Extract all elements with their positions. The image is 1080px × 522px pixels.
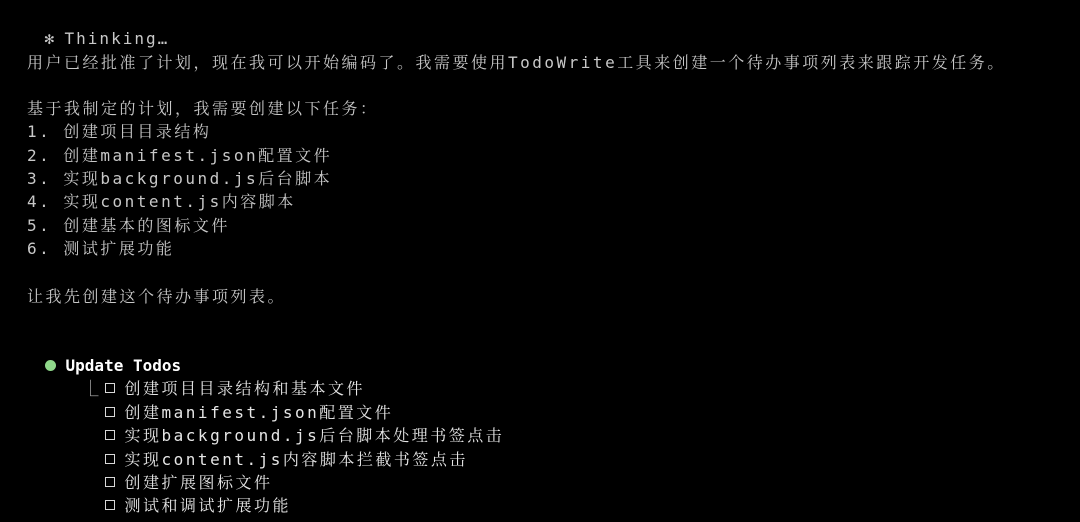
todo-item: 实现background.js后台脚本处理书签点击	[34, 401, 504, 424]
todo-label: 测试和调试扩展功能	[125, 496, 292, 515]
thinking-label: Thinking…	[65, 29, 170, 48]
terminal-output: ✻Thinking… 用户已经批准了计划，现在我可以开始编码了。我需要使用Tod…	[0, 0, 1080, 522]
thinking-paragraph: 用户已经批准了计划，现在我可以开始编码了。我需要使用TodoWrite工具来创建…	[27, 51, 1006, 74]
todo-item: 创建扩展图标文件	[34, 448, 273, 471]
thinking-paragraph: 基于我制定的计划，我需要创建以下任务：	[27, 97, 379, 120]
plan-item: 6. 测试扩展功能	[27, 237, 174, 260]
todo-item: 实现content.js内容脚本拦截书签点击	[34, 425, 468, 448]
todo-item: ⎿创建项目目录结构和基本文件	[34, 354, 365, 377]
thinking-paragraph: 让我先创建这个待办事项列表。	[27, 285, 286, 308]
checkbox-icon	[105, 500, 115, 510]
plan-item: 2. 创建manifest.json配置文件	[27, 144, 332, 167]
plan-item: 4. 实现content.js内容脚本	[27, 190, 296, 213]
plan-item: 5. 创建基本的图标文件	[27, 214, 230, 237]
plan-item: 1. 创建项目目录结构	[27, 120, 211, 143]
todo-item: 测试和调试扩展功能	[34, 471, 291, 494]
tool-call-header: Update Todos	[6, 331, 181, 354]
thinking-header: ✻Thinking…	[6, 4, 169, 27]
todo-item: 创建manifest.json配置文件	[34, 378, 393, 401]
asterisk-icon: ✻	[45, 27, 65, 50]
plan-item: 3. 实现background.js后台脚本	[27, 167, 332, 190]
